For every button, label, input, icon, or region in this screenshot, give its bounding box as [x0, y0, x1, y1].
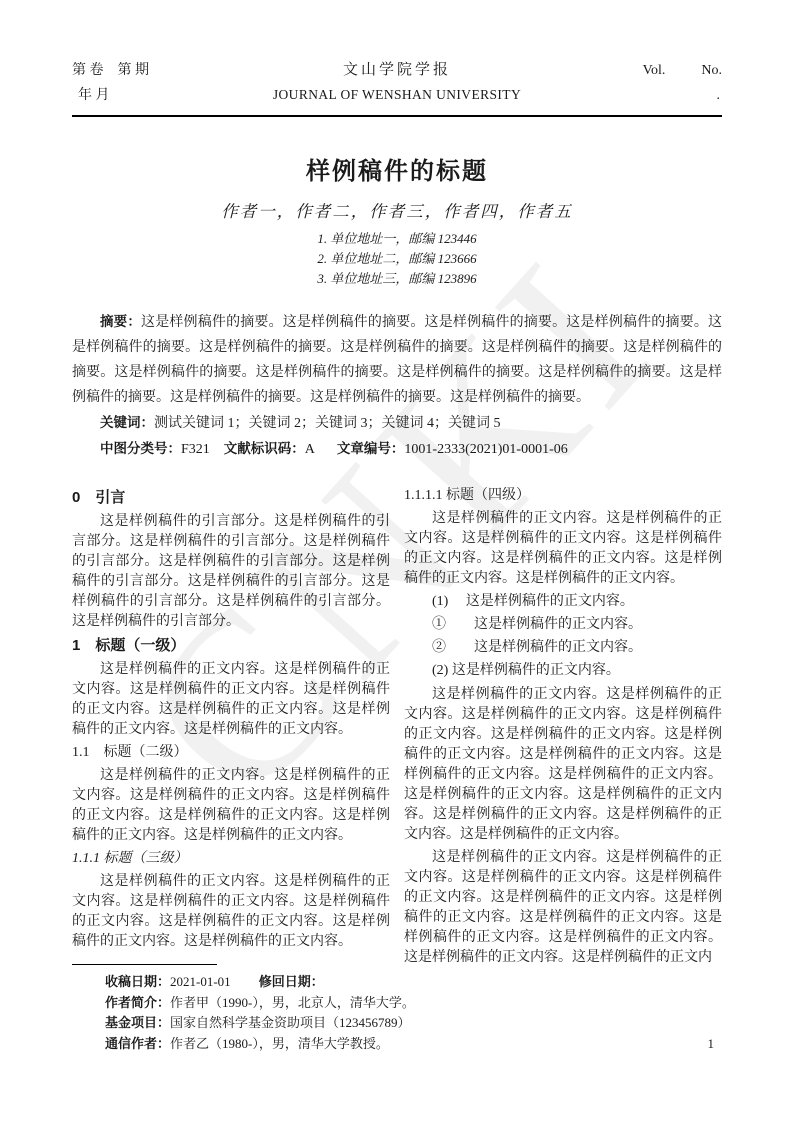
- received-date-label: 收稿日期：: [105, 974, 170, 989]
- page-number: 1: [708, 1036, 715, 1052]
- title-block: 样例稿件的标题 作者一，作者二，作者三，作者四，作者五 1. 单位地址一，邮编 …: [72, 157, 722, 289]
- revised-date-label: 修回日期：: [259, 974, 324, 989]
- issue-date-cn: 年 月: [72, 84, 242, 108]
- two-column-body: 0 引言 这是样例稿件的引言部分。这是样例稿件的引言部分。这是样例稿件的引言部分…: [72, 484, 722, 969]
- article-id-label: 文章编号：: [337, 441, 405, 456]
- left-column: 0 引言 这是样例稿件的引言部分。这是样例稿件的引言部分。这是样例稿件的引言部分…: [72, 484, 390, 969]
- journal-title-cn: 文山学院学报: [242, 58, 552, 82]
- section-heading-1: 1 标题（一级）: [72, 635, 390, 657]
- doc-code-value: A: [305, 442, 315, 457]
- right-column: 1.1.1.1 标题（四级） 这是样例稿件的正文内容。这是样例稿件的正文内容。这…: [404, 484, 722, 969]
- affiliation-3: 3. 单位地址三，邮编 123896: [72, 269, 722, 289]
- author-bio-value: 作者甲（1990-），男，北京人，清华大学。: [170, 995, 415, 1010]
- keywords-label: 关键词：: [100, 415, 154, 430]
- body-paragraph-5: 这是样例稿件的正文内容。这是样例稿件的正文内容。这是样例稿件的正文内容。这是样例…: [404, 685, 722, 845]
- header-row-2: 年 月 JOURNAL OF WENSHAN UNIVERSITY .: [72, 83, 722, 108]
- clc-value: F321: [181, 442, 210, 457]
- page-content: 第 卷 第 期 文山学院学报 Vol. No. 年 月 JOURNAL OF W…: [0, 0, 794, 969]
- funding-value: 国家自然科学基金资助项目（123456789）: [170, 1015, 411, 1030]
- article-meta: 摘要：这是样例稿件的摘要。这是样例稿件的摘要。这是样例稿件的摘要。这是样例稿件的…: [72, 309, 722, 462]
- author-bio-label: 作者简介：: [105, 995, 170, 1010]
- author-list: 作者一，作者二，作者三，作者四，作者五: [72, 200, 722, 224]
- journal-title-en: JOURNAL OF WENSHAN UNIVERSITY: [242, 83, 552, 107]
- section-heading-1-1-1: 1.1.1 标题（三级）: [72, 848, 390, 870]
- vol-label: Vol.: [643, 59, 666, 83]
- affiliation-1: 1. 单位地址一，邮编 123446: [72, 229, 722, 249]
- section-1-1-paragraph: 这是样例稿件的正文内容。这是样例稿件的正文内容。这是样例稿件的正文内容。这是样例…: [72, 766, 390, 846]
- header-row-1: 第 卷 第 期 文山学院学报 Vol. No.: [72, 58, 722, 83]
- keywords-line: 关键词：测试关键词 1；关键词 2；关键词 3；关键词 4；关键词 5: [72, 410, 722, 436]
- list-item-1: (1) 这是样例稿件的正文内容。: [404, 590, 722, 613]
- footnote-author-bio: 作者简介：作者甲（1990-），男，北京人，清华大学。: [72, 993, 722, 1014]
- list-item-2: (2) 这是样例稿件的正文内容。: [404, 659, 722, 682]
- issue-volume-cn: 第 卷 第 期: [72, 59, 242, 83]
- affiliation-2: 2. 单位地址二，邮编 123666: [72, 249, 722, 269]
- footnote-corresponding-author: 通信作者：作者乙（1980-），男，清华大学教授。: [72, 1034, 722, 1055]
- vol-no-labels: Vol. No.: [552, 59, 722, 83]
- section-heading-intro: 0 引言: [72, 487, 390, 509]
- keywords-text: 测试关键词 1；关键词 2；关键词 3；关键词 4；关键词 5: [154, 416, 501, 431]
- clc-label: 中图分类号：: [100, 441, 181, 456]
- abstract-text: 这是样例稿件的摘要。这是样例稿件的摘要。这是样例稿件的摘要。这是样例稿件的摘要。…: [72, 315, 722, 405]
- footnote-block: 收稿日期：2021-01-01修回日期： 作者简介：作者甲（1990-），男，北…: [72, 964, 722, 1054]
- classification-line: 中图分类号：F321文献标识码：A文章编号：1001-2333(2021)01-…: [72, 436, 722, 462]
- list-item-circled-2: ② 这是样例稿件的正文内容。: [404, 636, 722, 659]
- affiliation-list: 1. 单位地址一，邮编 123446 2. 单位地址二，邮编 123666 3.…: [72, 229, 722, 289]
- doc-code-label: 文献标识码：: [224, 441, 305, 456]
- journal-page: CNKI 第 卷 第 期 文山学院学报 Vol. No. 年 月 JOURNAL…: [0, 0, 794, 1123]
- list-item-circled-1: ① 这是样例稿件的正文内容。: [404, 613, 722, 636]
- corresponding-author-value: 作者乙（1980-），男，清华大学教授。: [170, 1036, 389, 1051]
- corresponding-author-label: 通信作者：: [105, 1036, 170, 1051]
- section-heading-1-1-1-1: 1.1.1.1 标题（四级）: [404, 485, 722, 507]
- received-date-value: 2021-01-01: [170, 974, 231, 989]
- footnote-received-date: 收稿日期：2021-01-01修回日期：: [72, 972, 722, 993]
- article-id-value: 1001-2333(2021)01-0001-06: [404, 442, 567, 457]
- issue-date-dot: .: [552, 84, 722, 108]
- body-paragraph-6: 这是样例稿件的正文内容。这是样例稿件的正文内容。这是样例稿件的正文内容。这是样例…: [404, 848, 722, 968]
- section-1-1-1-1-paragraph: 这是样例稿件的正文内容。这是样例稿件的正文内容。这是样例稿件的正文内容。这是样例…: [404, 509, 722, 589]
- intro-paragraph: 这是样例稿件的引言部分。这是样例稿件的引言部分。这是样例稿件的引言部分。这是样例…: [72, 512, 390, 632]
- no-label: No.: [701, 59, 722, 83]
- section-1-1-1-paragraph: 这是样例稿件的正文内容。这是样例稿件的正文内容。这是样例稿件的正文内容。这是样例…: [72, 872, 390, 952]
- article-title: 样例稿件的标题: [72, 157, 722, 187]
- abstract-label: 摘要：: [100, 314, 141, 329]
- section-heading-1-1: 1.1 标题（二级）: [72, 742, 390, 764]
- footnote-funding: 基金项目：国家自然科学基金资助项目（123456789）: [72, 1013, 722, 1034]
- funding-label: 基金项目：: [105, 1015, 170, 1030]
- section-1-paragraph: 这是样例稿件的正文内容。这是样例稿件的正文内容。这是样例稿件的正文内容。这是样例…: [72, 660, 390, 740]
- abstract-paragraph: 摘要：这是样例稿件的摘要。这是样例稿件的摘要。这是样例稿件的摘要。这是样例稿件的…: [72, 309, 722, 410]
- journal-header: 第 卷 第 期 文山学院学报 Vol. No. 年 月 JOURNAL OF W…: [72, 0, 722, 117]
- footnote-separator-rule: [72, 964, 217, 965]
